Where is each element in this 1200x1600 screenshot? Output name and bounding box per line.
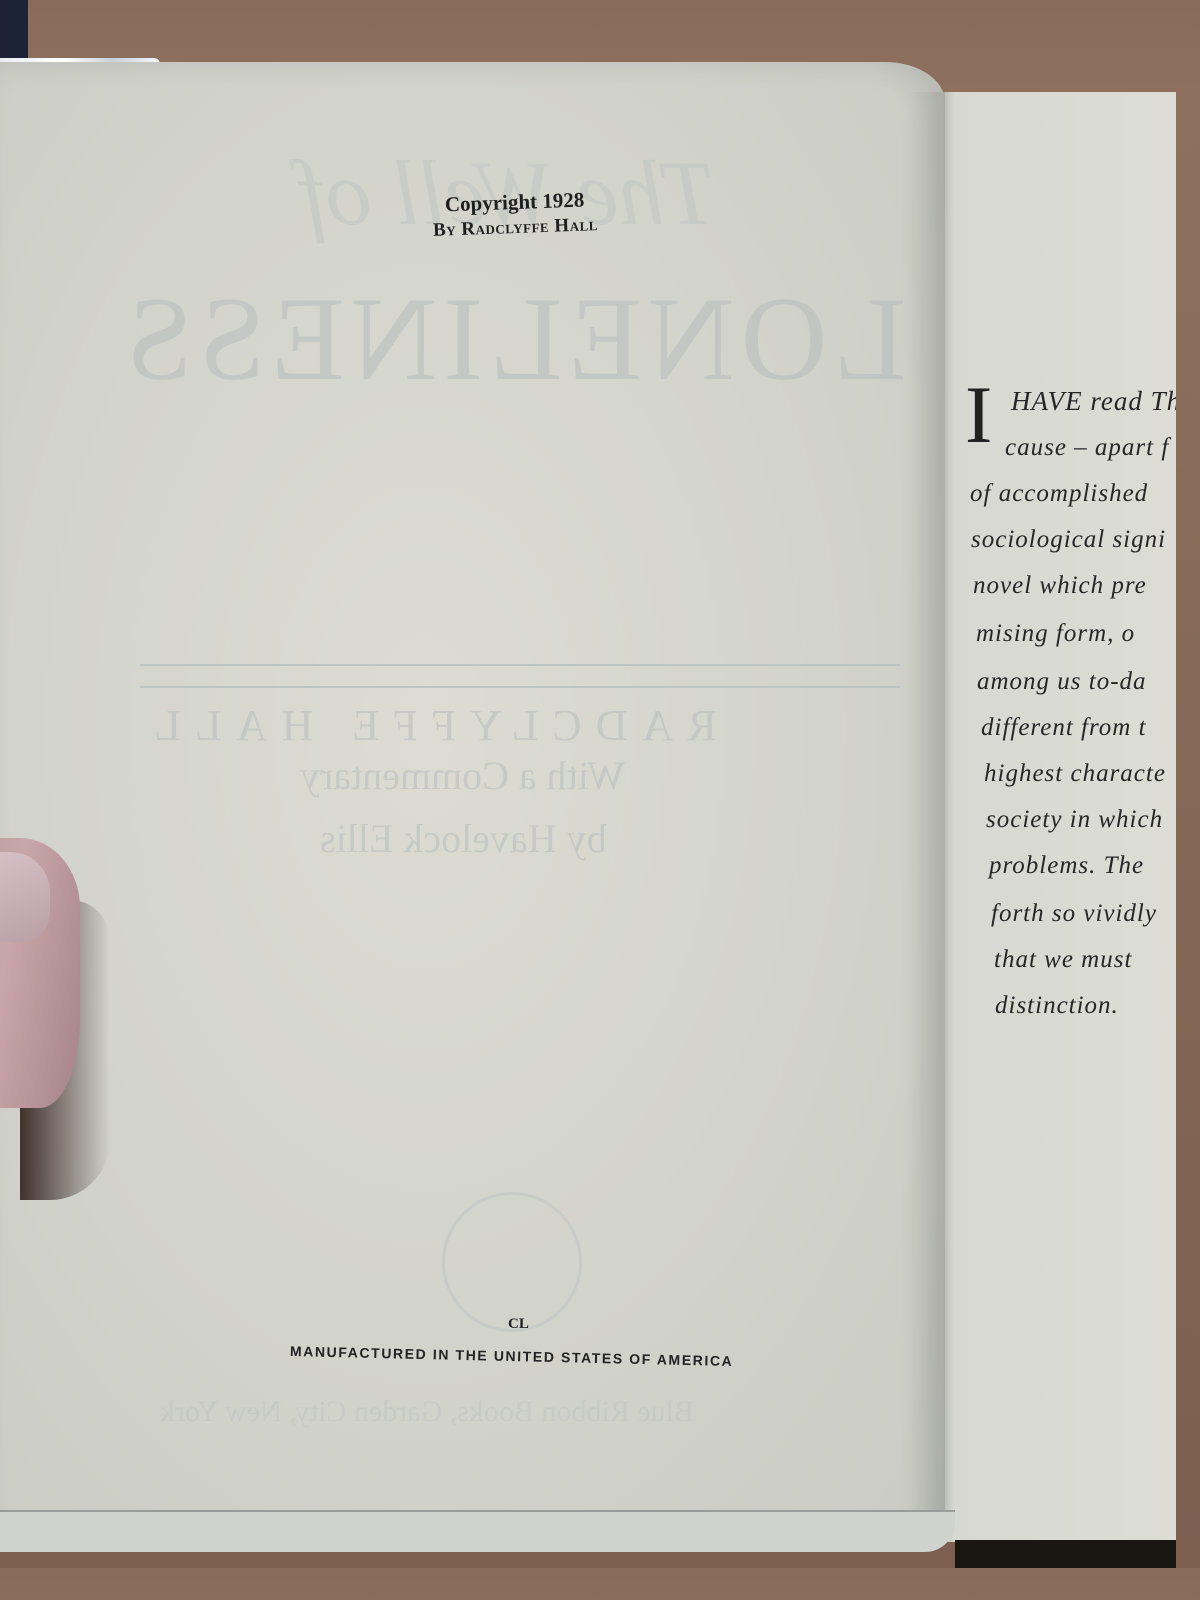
- text-line: HAVE read The: [1011, 386, 1176, 417]
- publisher-monogram-icon: [442, 1192, 582, 1332]
- printer-mark: CL: [508, 1316, 529, 1333]
- drop-cap: I: [965, 380, 992, 450]
- text-line: problems. The: [989, 852, 1144, 880]
- text-line: of accomplished: [970, 480, 1148, 508]
- bleed-through-author: RADCLYFFE HALL: [140, 700, 717, 751]
- text-line: novel which pre: [973, 572, 1147, 600]
- table-shadow: [955, 1540, 1176, 1568]
- background-dark-corner: [0, 0, 28, 60]
- page-bottom-edge: [0, 1510, 955, 1552]
- text-line: cause – apart f: [1005, 434, 1169, 462]
- text-line: highest characte: [984, 760, 1166, 788]
- text-line: mising form, o: [976, 620, 1135, 648]
- bleed-through-commentator: by Havelock Ellis: [320, 815, 607, 862]
- bleed-through-publisher: Blue Ribbon Books, Garden City, New York: [160, 1395, 694, 1429]
- bleed-through-rule: [140, 686, 900, 688]
- text-line: that we must: [994, 946, 1132, 974]
- text-line: different from t: [981, 714, 1147, 742]
- text-line: distinction.: [995, 992, 1119, 1020]
- bleed-through-with-commentary: With a Commentary: [300, 752, 625, 799]
- copyright-block: Copyright 1928 By Radclyffe Hall: [399, 186, 631, 243]
- text-line: forth so vividly: [991, 900, 1157, 928]
- text-line: among us to-da: [977, 668, 1147, 696]
- bleed-through-rule: [140, 664, 900, 666]
- text-line: society in which: [986, 806, 1163, 834]
- text-line: sociological signi: [971, 526, 1166, 554]
- bleed-through-title-main: LONELINESS: [120, 270, 907, 408]
